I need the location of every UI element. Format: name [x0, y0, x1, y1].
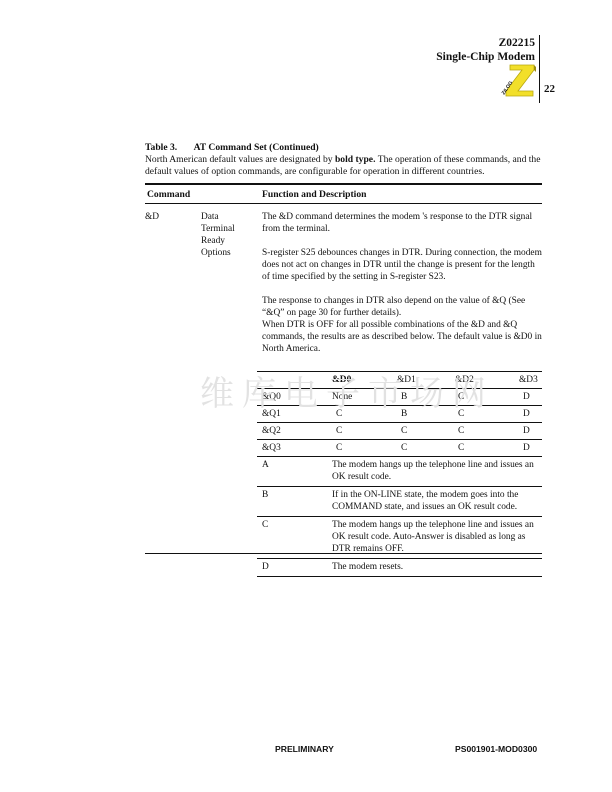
result-key: B: [262, 489, 268, 501]
page-number: 22: [544, 83, 555, 95]
footer-status: PRELIMINARY: [275, 744, 334, 754]
matrix-cell: C: [458, 391, 464, 403]
matrix-cell: C: [401, 442, 407, 454]
table-name: AT Command Set (Continued): [194, 142, 319, 153]
header-divider: [539, 35, 540, 103]
matrix-header-row: &D0 &D1 &D2 &D3: [257, 371, 542, 389]
function-name-cell: Data Terminal Ready Options: [201, 211, 261, 259]
command-cell: &D: [145, 211, 159, 223]
matrix-row-label: &Q1: [262, 408, 281, 420]
result-text: If in the ON-LINE state, the modem goes …: [332, 489, 542, 513]
header-command: Command: [147, 189, 190, 200]
matrix-cell: B: [401, 391, 407, 403]
result-row: BIf in the ON-LINE state, the modem goes…: [257, 487, 542, 517]
paragraph: The response to changes in DTR also depe…: [262, 295, 542, 319]
matrix-cell: C: [401, 425, 407, 437]
matrix-cell: C: [336, 442, 342, 454]
matrix-row-label: &Q0: [262, 391, 281, 403]
table-caption: Table 3. AT Command Set (Continued) Nort…: [145, 142, 542, 178]
description-cell: The &D command determines the modem 's r…: [262, 211, 542, 355]
matrix-row: &Q3CCCD: [257, 440, 542, 457]
result-row: CThe modem hangs up the telephone line a…: [257, 517, 542, 559]
matrix-cell: D: [523, 442, 530, 454]
paragraph: S-register S25 debounces changes in DTR.…: [262, 247, 542, 283]
table-note: North American default values are design…: [145, 154, 542, 178]
footer-doc-number: PS001901-MOD0300: [455, 744, 537, 754]
matrix-cell: D: [523, 408, 530, 420]
document-title: Z02215 Single-Chip Modem: [436, 36, 535, 64]
result-text: The modem hangs up the telephone line an…: [332, 459, 542, 483]
matrix-row: &Q2CCCD: [257, 423, 542, 440]
result-text: The modem resets.: [332, 561, 542, 573]
matrix-cell: B: [401, 408, 407, 420]
matrix-cell: C: [336, 408, 342, 420]
matrix-cell: C: [458, 408, 464, 420]
matrix-row: &Q1CBCD: [257, 406, 542, 423]
matrix-cell: C: [458, 425, 464, 437]
zilog-logo-icon: ZiLOG: [500, 62, 536, 98]
table-row: &D Data Terminal Ready Options The &D co…: [145, 204, 542, 553]
matrix-row-label: &Q2: [262, 425, 281, 437]
matrix-cell: C: [458, 442, 464, 454]
header-function: Function and Description: [262, 189, 366, 200]
matrix-row: &Q0NoneBCD: [257, 389, 542, 406]
table-header-row: Command Function and Description: [145, 185, 542, 203]
result-row: DThe modem resets.: [257, 559, 542, 577]
result-key: D: [262, 561, 269, 573]
paragraph: When DTR is OFF for all possible combina…: [262, 319, 542, 355]
matrix-cell: C: [336, 425, 342, 437]
result-key: C: [262, 519, 268, 531]
result-key: A: [262, 459, 269, 471]
matrix-cell: None: [332, 391, 352, 403]
matrix-row-label: &Q3: [262, 442, 281, 454]
table-number: Table 3.: [145, 142, 177, 153]
matrix-cell: D: [523, 425, 530, 437]
matrix-cell: D: [523, 391, 530, 403]
dtr-matrix-table: &D0 &D1 &D2 &D3 &Q0NoneBCD&Q1CBCD&Q2CCCD…: [257, 371, 542, 577]
at-command-table: Command Function and Description &D Data…: [145, 183, 542, 554]
result-row: AThe modem hangs up the telephone line a…: [257, 457, 542, 487]
paragraph: The &D command determines the modem 's r…: [262, 211, 542, 235]
result-text: The modem hangs up the telephone line an…: [332, 519, 542, 555]
doc-id: Z02215: [436, 36, 535, 50]
